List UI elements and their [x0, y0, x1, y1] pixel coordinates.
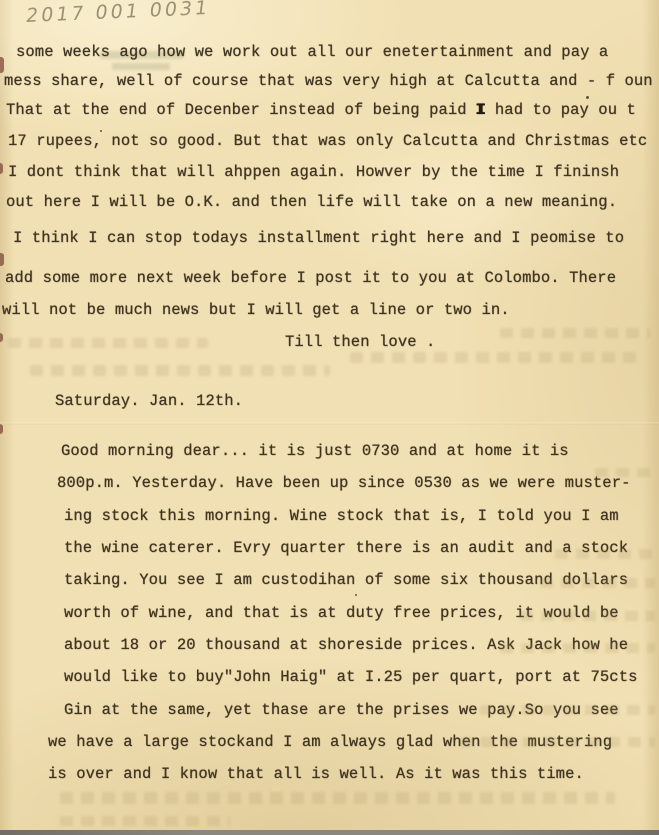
bleed-through-ghost — [30, 365, 330, 376]
paper-edge-mark — [0, 163, 3, 174]
letter-line: I dont think that will ahppen again. How… — [8, 162, 619, 182]
handwritten-archive-number: 2017 001 0031 — [25, 0, 212, 27]
letter-line: the wine caterer. Evry quarter there is … — [64, 538, 628, 558]
bleed-through-ghost — [520, 611, 655, 621]
letter-line: Good morning dear... it is just 0730 and… — [61, 441, 569, 461]
paper-edge-mark — [0, 424, 3, 434]
date-heading: Saturday. Jan. 12th. — [55, 391, 243, 411]
letter-line: will not be much news but I will get a l… — [2, 300, 510, 320]
letter-line: I think I can stop todays installment ri… — [13, 228, 624, 248]
bleed-through-ghost — [595, 468, 655, 477]
letter-line: 17 rupees, not so good. But that was onl… — [8, 131, 647, 151]
bleed-through-ghost — [60, 816, 230, 826]
letter-line: mess share, well of course that was very… — [4, 71, 653, 91]
letter-line: some weeks ago how we work out all our e… — [16, 42, 608, 62]
bleed-through-ghost — [500, 643, 655, 653]
bleed-through-ghost — [60, 792, 615, 804]
bleed-through-stamp — [112, 63, 170, 70]
scan-edge-shadow — [0, 830, 659, 835]
letter-line: out here I will be O.K. and then life wi… — [6, 192, 617, 212]
paper-edge-mark — [0, 253, 4, 266]
letter-line: ing stock this morning. Wine stock that … — [64, 506, 619, 526]
closing-line: Till then love . — [285, 332, 435, 352]
letter-line: 800p.m. Yesterday. Have been up since 05… — [57, 473, 631, 493]
letter-line: would like to buy"John Haig" at I.25 per… — [64, 667, 638, 687]
ink-speck — [100, 130, 102, 132]
ink-speck — [586, 96, 589, 99]
bleed-through-ghost — [540, 578, 655, 588]
bleed-through-ghost — [500, 328, 650, 338]
paper-edge-mark — [0, 57, 4, 73]
paper-edge-mark — [0, 333, 3, 342]
bleed-through-ghost — [350, 352, 640, 363]
scanned-letter-page: 2017 001 0031 some weeks ago how we work… — [0, 0, 659, 835]
letter-line: That at the end of Decenber instead of b… — [6, 100, 636, 120]
letter-line: is over and I know that all is well. As … — [48, 764, 584, 784]
letter-line: add some more next week before I post it… — [5, 268, 616, 288]
bleed-through-ghost — [8, 338, 208, 348]
ink-speck — [355, 594, 357, 596]
bleed-through-ghost — [555, 549, 655, 559]
paper-crease — [0, 422, 659, 425]
bleed-through-ghost — [460, 737, 655, 747]
bleed-through-ghost — [480, 705, 655, 715]
